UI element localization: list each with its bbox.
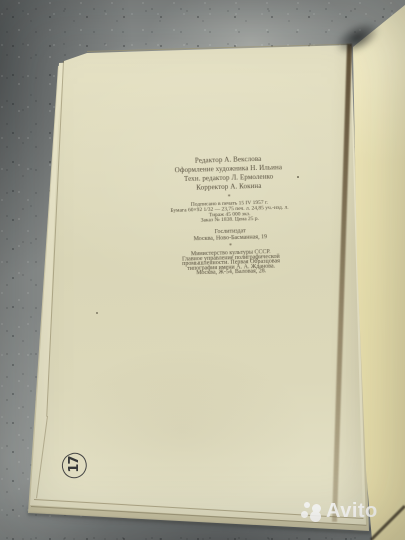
print-imprint: Подписано в печать 15 IV 1957 г. Бумага …: [149, 199, 310, 225]
printing-house-info: Министерство культуры СССР. Главное упра…: [151, 248, 312, 276]
handwritten-digits: 17: [67, 456, 82, 472]
avito-logo-dot-icon: [301, 511, 308, 518]
photo-of-book-imprint-page: Редактор А. Векслова Оформление художник…: [0, 0, 405, 540]
avito-wordmark: Avito: [326, 500, 378, 523]
staff-credits: Редактор А. Векслова Оформление художник…: [148, 152, 309, 194]
avito-watermark: Avito: [298, 498, 402, 528]
colophon-text-block: Редактор А. Векслова Оформление художник…: [148, 152, 311, 277]
avito-logo-dot-icon: [304, 502, 310, 508]
avito-logo-dot-icon: [310, 511, 321, 522]
handwritten-number: 17: [58, 448, 92, 483]
page-speck: [96, 312, 98, 314]
